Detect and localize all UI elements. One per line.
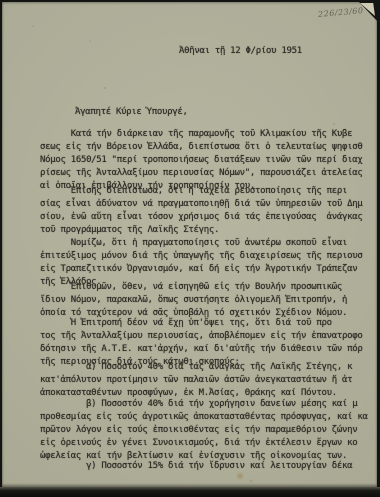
scan-background: { "annotation": { "ref_number": "226/23/… <box>0 0 380 497</box>
list-item-beta: β) Ποσοστόν 40% διά τήν χορήγησιν δανείω… <box>40 398 376 463</box>
paragraph-4: Ἐπιθυμῶν, ὅθεν, νά εἰσηγηθῶ εἰς τήν Βουλ… <box>40 281 376 320</box>
scan-bottom-edge <box>0 487 380 497</box>
document-page: 226/23/60 Ἀθῆναι τῇ 12 Φ/ρίου 1951 Ἀγαπη… <box>2 2 377 487</box>
paragraph-1: Κατά τήν διάρκειαν τῆς παραμονῆς τοῦ Κλι… <box>40 128 376 193</box>
list-item-gamma: γ) Ποσοστόν 15% διά τήν ἵδρυσιν καί λειτ… <box>40 460 376 473</box>
salutation: Ἀγαπητέ Κύριε Ὑπουργέ, <box>75 106 188 119</box>
handwritten-reference-number: 226/23/60 <box>318 6 364 19</box>
paragraph-2: Ἐπίσης διεπίστωσα, ὅτι ἡ ταχεῖα ρευστοπο… <box>40 185 376 237</box>
list-item-alpha: α) Ποσοστόν 40% διά τάς ἀνάγκας τῆς Λαϊκ… <box>40 361 376 400</box>
dateline: Ἀθῆναι τῇ 12 Φ/ρίου 1951 <box>179 45 302 58</box>
